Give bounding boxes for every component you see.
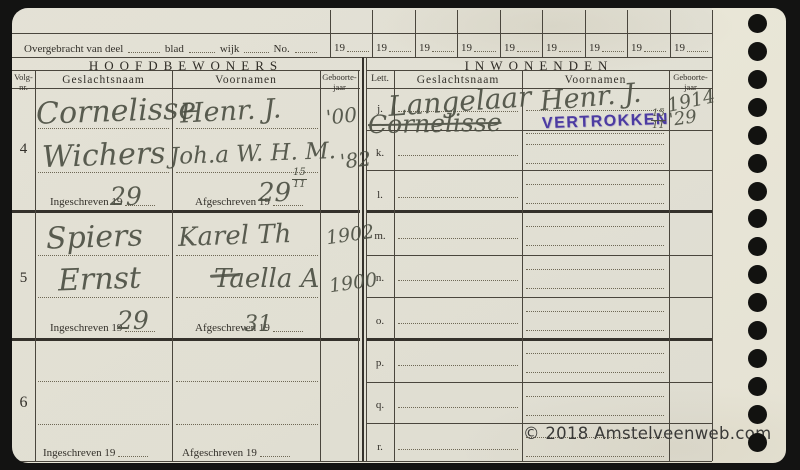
dotted-line [526,353,664,354]
punch-hole [748,265,767,284]
grid-line [372,10,373,57]
dotted-line [526,372,664,373]
row-letter: n. [366,272,394,284]
dotted-line [526,163,664,164]
dotted-line [526,269,664,270]
header-text: Geboorte- [322,72,356,82]
dotted-line [176,381,318,382]
grid-line [366,170,712,171]
block-divider-line [366,210,712,213]
grid-line [12,88,360,89]
handwritten-stamp-year: '29 [668,106,699,131]
dotted-line [398,323,518,324]
punch-hole [748,237,767,256]
dotted-line [526,245,664,246]
column-header-geboortejaar: Geboorte- jaar [320,72,359,92]
punch-hole [748,377,767,396]
block-divider-line [12,338,360,341]
transfer-row: Overgebracht van deel blad wijk No. [24,36,322,55]
grid-line [366,382,712,383]
year-prefix: 19 [631,43,642,54]
dotted-line [526,330,664,331]
year-prefix: 19 [546,43,557,54]
dotted-line [398,449,518,450]
handwritten-afgeschreven-year: 29 [258,178,291,208]
dotted-line [176,297,318,298]
handwritten-voornamen: Taella A [214,264,319,294]
handwritten-voornamen: Karel Th [178,219,292,253]
inwonenden-title: INWONENDEN [366,58,712,74]
year-prefix: 19 [504,43,515,54]
handwritten-voornamen: Henr. J. [179,93,282,129]
year-prefix: 19 [334,43,345,54]
dotted-line [526,311,664,312]
year-cell: 19 [461,39,496,54]
year-prefix: 19 [674,43,685,54]
handwritten-geslachtsnaam: Spiers [45,218,143,256]
dotted-line [176,424,318,425]
handwritten-geslachtsnaam: Ernst [57,261,141,299]
volgnr-value: 6 [12,394,35,412]
blank-line [189,52,215,53]
handwritten-afgeschreven-year: 31 [244,312,272,337]
block-divider-line [366,338,712,341]
year-cell: 19 [589,39,624,54]
scan-background: Overgebracht van deel blad wijk No. 19 1… [0,0,800,470]
ingeschreven-label: Ingeschreven 19 [43,447,148,459]
punch-hole [748,433,767,452]
date-day: 15 [292,168,307,180]
dotted-line [526,184,664,185]
handwritten-ingeschreven-year: 29 [117,306,149,335]
row-letter: m. [366,230,394,242]
column-header-geslachtsnaam: Geslachtsnaam [35,74,172,86]
dotted-line [526,144,664,145]
dotted-line [398,197,518,198]
grid-line [500,10,501,57]
grid-line [670,10,671,57]
date-day: 15 [651,109,666,121]
year-cell: 19 [631,39,666,54]
label-text: Afgeschreven 19 [182,447,257,459]
header-text: Volg- [14,72,33,82]
dotted-line [398,238,518,239]
header-text: Geboorte- [673,72,707,82]
label-text: Ingeschreven 19 [50,322,122,334]
date-month: 11 [293,180,306,191]
grid-line [12,33,712,34]
year-prefix: 19 [419,43,430,54]
year-prefix: 19 [461,43,472,54]
dotted-line [38,381,169,382]
block-divider-line [12,210,360,213]
dotted-line [398,365,518,366]
dotted-line [526,456,664,457]
handwritten-geslachtsnaam: Wichers [41,136,166,175]
row-letter: k. [366,147,394,159]
handwritten-date-fraction: 15 11 [292,168,307,190]
row-letter: o. [366,315,394,327]
row-letter: p. [366,357,394,369]
blank-line [295,52,317,53]
dotted-line [526,133,664,134]
punch-hole [748,182,767,201]
handwritten-geslachtsnaam: Cornelisse [35,91,196,132]
date-month: 11 [652,121,665,132]
grid-line [366,255,712,256]
column-header-volgnr: Volg- nr. [12,72,35,92]
row-letter: r. [366,441,394,453]
volgnr-value: 5 [12,270,35,287]
header-text: nr. [19,82,28,92]
grid-line [172,70,173,461]
header-text: jaar [333,82,346,92]
year-cell: 19 [419,39,454,54]
overgebracht-label: Overgebracht van deel [24,43,123,55]
year-cell: 19 [504,39,539,54]
year-cell: 19 [546,39,581,54]
row-letter: l. [366,189,394,201]
grid-line [522,70,523,461]
volgnr-value: 4 [12,141,35,158]
year-prefix: 19 [376,43,387,54]
watermark-copyright: © 2018 Amstelveenweb.com [523,424,771,443]
dotted-line [38,424,169,425]
dotted-line [526,203,664,204]
punch-hole [748,42,767,61]
punch-hole [748,321,767,340]
no-label: No. [274,43,290,55]
year-cell: 19 [376,39,411,54]
grid-line [585,10,586,57]
year-cell: 19 [334,39,369,54]
dotted-line [526,396,664,397]
punch-hole [748,154,767,173]
blank-line [128,52,160,53]
punch-hole [748,14,767,33]
row-letter: q. [366,399,394,411]
grid-line [320,70,321,461]
punch-hole [748,70,767,89]
hoofdbewoners-title: HOOFDBEWONERS [12,58,360,74]
label-text: Ingeschreven 19 [43,447,115,459]
dotted-line [526,415,664,416]
dotted-line [176,255,318,256]
year-prefix: 19 [589,43,600,54]
blank-line [244,52,268,53]
column-header-voornamen: Voornamen [172,74,320,86]
punch-hole [748,293,767,312]
grid-line [330,10,331,57]
grid-line [358,70,359,461]
punch-hole [748,126,767,145]
grid-line [415,10,416,57]
dotted-line [526,226,664,227]
grid-line [12,461,712,462]
register-card: Overgebracht van deel blad wijk No. 19 1… [12,8,786,463]
dotted-line [398,280,518,281]
dotted-line [398,407,518,408]
grid-line [627,10,628,57]
year-cell: 19 [674,39,708,54]
grid-line [542,10,543,57]
dotted-line [526,288,664,289]
wijk-label: wijk [220,43,240,55]
punch-hole-column [748,14,768,452]
handwritten-geslachtsnaam-struck: Cornelisse [368,108,502,139]
handwritten-date-fraction: 15 11 [651,109,666,131]
punch-hole [748,209,767,228]
column-header-lett: Lett. [366,74,394,84]
handwritten-ingeschreven-year: 29 [110,182,142,211]
dotted-line [398,155,518,156]
section-divider-line [362,57,365,461]
punch-hole [748,349,767,368]
punch-hole [748,98,767,117]
afgeschreven-label: Afgeschreven 19 [182,447,290,459]
grid-line [366,297,712,298]
punch-hole [748,405,767,424]
handwritten-geboortejaar: '00 [325,102,358,129]
grid-line [457,10,458,57]
blad-label: blad [165,43,184,55]
grid-line [712,10,713,461]
